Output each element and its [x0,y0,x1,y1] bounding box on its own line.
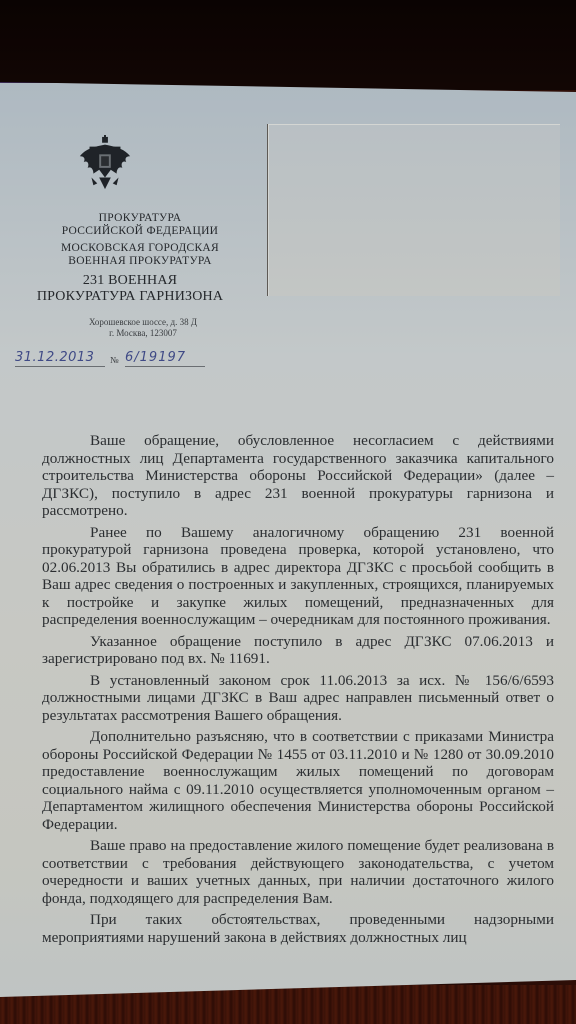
registration-number: 6/19197 [125,350,205,367]
letterhead-line5: 231 ВОЕННАЯ [0,273,260,289]
letterhead-line4: ВОЕННАЯ ПРОКУРАТУРА [20,255,260,268]
address-city: г. Москва, 123007 [18,328,268,339]
coat-of-arms-eagle-icon [76,135,134,193]
paragraph: Дополнительно разъясняю, что в соответст… [42,728,554,833]
recipient-address-box [267,124,560,296]
paragraph: Указанное обращение поступило в адрес ДГ… [42,633,554,668]
letterhead-line6: ПРОКУРАТУРА ГАРНИЗОНА [0,289,260,305]
table-surface-top [0,0,576,90]
letter-body: Ваше обращение, обусловленное несогласие… [42,432,554,950]
letterhead-line1: ПРОКУРАТУРА [20,212,260,225]
paragraph: Ваше обращение, обусловленное несогласие… [42,432,554,520]
letterhead-line2: РОССИЙСКОЙ ФЕДЕРАЦИИ [20,225,260,238]
letterhead-line3: МОСКОВСКАЯ ГОРОДСКАЯ [20,242,260,255]
paragraph: В установленный законом срок 11.06.2013 … [42,672,554,725]
paragraph: При таких обстоятельствах, проведенными … [42,911,554,946]
sender-address: Хорошевское шоссе, д. 38 Д г. Москва, 12… [18,317,268,339]
paragraph: Ранее по Вашему аналогичному обращению 2… [42,524,554,629]
registration-number-label: № [110,355,119,365]
registration-line: 31.12.2013 № 6/19197 [12,350,212,372]
registration-date: 31.12.2013 [15,350,105,367]
letterhead: ПРОКУРАТУРА РОССИЙСКОЙ ФЕДЕРАЦИИ МОСКОВС… [0,212,260,305]
paragraph: Ваше право на предоставление жилого поме… [42,837,554,907]
address-street: Хорошевское шоссе, д. 38 Д [18,317,268,328]
